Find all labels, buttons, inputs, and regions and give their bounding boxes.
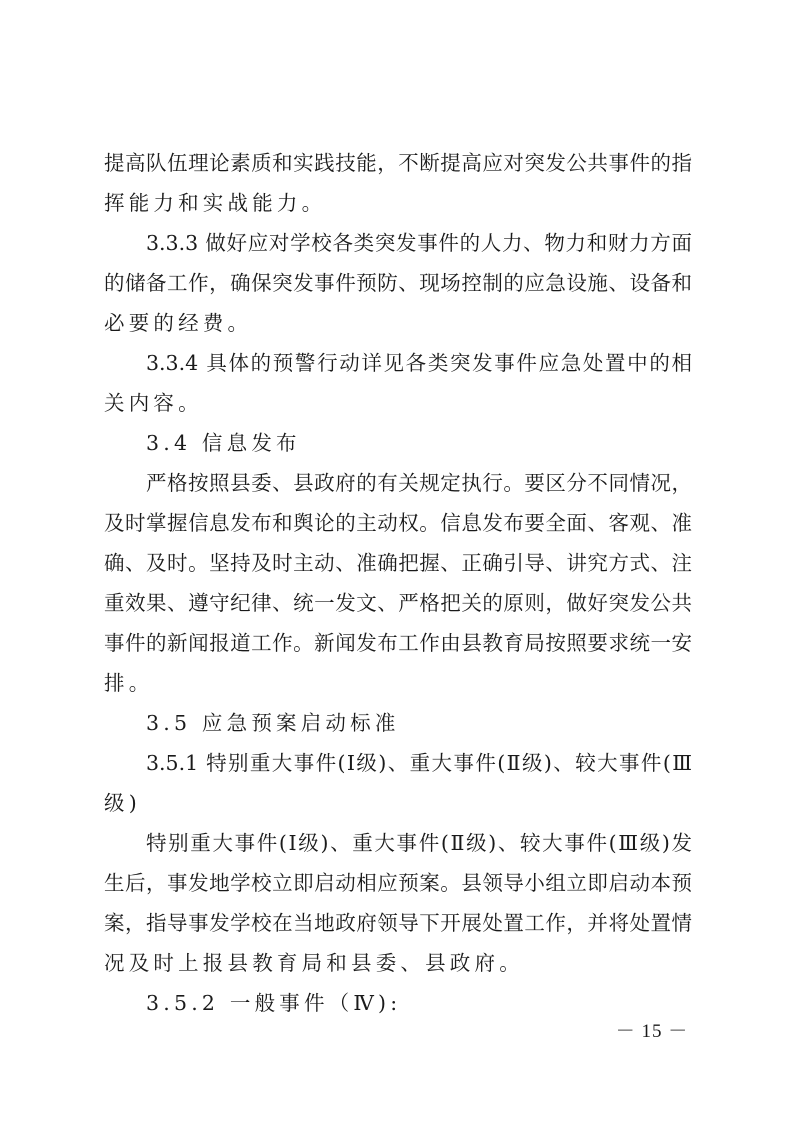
text-line: 案，指导事发学校在当地政府领导下开展处置工作，并将处置情 bbox=[104, 903, 692, 943]
body-text: 提高队伍理论素质和实践技能，不断提高应对突发公共事件的指 挥能力和实战能力。 3… bbox=[104, 143, 692, 1023]
heading-3-5-2: 3.5.2 一般事件（Ⅳ): bbox=[104, 983, 692, 1023]
text-line: 及时掌握信息发布和舆论的主动权。信息发布要全面、客观、准 bbox=[104, 503, 692, 543]
text-line: 特别重大事件(Ⅰ级)、重大事件(Ⅱ级)、较大事件(Ⅲ级)发 bbox=[104, 823, 692, 863]
section-3-3-3: 3.3.3 做好应对学校各类突发事件的人力、物力和财力方面 bbox=[104, 223, 692, 263]
document-page: 提高队伍理论素质和实践技能，不断提高应对突发公共事件的指 挥能力和实战能力。 3… bbox=[0, 0, 793, 1122]
text-line: 排。 bbox=[104, 663, 692, 703]
heading-3-4: 3.4 信息发布 bbox=[104, 423, 692, 463]
text-line: 的储备工作，确保突发事件预防、现场控制的应急设施、设备和 bbox=[104, 263, 692, 303]
text-line: 必要的经费。 bbox=[104, 303, 692, 343]
text-line: 挥能力和实战能力。 bbox=[104, 183, 692, 223]
section-3-3-4: 3.3.4 具体的预警行动详见各类突发事件应急处置中的相 bbox=[104, 343, 692, 383]
heading-3-5-1: 3.5.1 特别重大事件(Ⅰ级)、重大事件(Ⅱ级)、较大事件(Ⅲ bbox=[104, 743, 692, 783]
text-line: 生后，事发地学校立即启动相应预案。县领导小组立即启动本预 bbox=[104, 863, 692, 903]
text-line: 提高队伍理论素质和实践技能，不断提高应对突发公共事件的指 bbox=[104, 143, 692, 183]
text-line: 级) bbox=[104, 783, 692, 823]
text-line: 确、及时。坚持及时主动、准确把握、正确引导、讲究方式、注 bbox=[104, 543, 692, 583]
text-line: 严格按照县委、县政府的有关规定执行。要区分不同情况， bbox=[104, 463, 692, 503]
text-line: 事件的新闻报道工作。新闻发布工作由县教育局按照要求统一安 bbox=[104, 623, 692, 663]
text-line: 重效果、遵守纪律、统一发文、严格把关的原则，做好突发公共 bbox=[104, 583, 692, 623]
heading-3-5: 3.5 应急预案启动标准 bbox=[104, 703, 692, 743]
page-number: － 15 － bbox=[612, 1016, 692, 1043]
text-line: 况及时上报县教育局和县委、县政府。 bbox=[104, 943, 692, 983]
text-line: 关内容。 bbox=[104, 383, 692, 423]
